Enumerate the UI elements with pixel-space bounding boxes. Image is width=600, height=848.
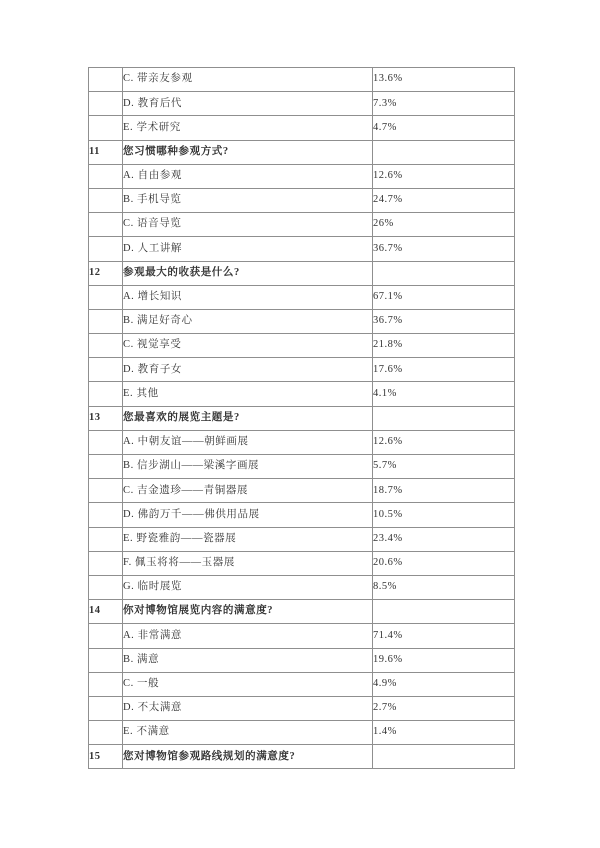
survey-row: E. 野瓷雅韵——瓷器展 23.4%: [89, 527, 515, 551]
option-label-cell: D. 教育后代: [123, 92, 373, 116]
option-label-cell: G. 临时展览: [123, 575, 373, 599]
percentage-cell: 5.7%: [373, 455, 515, 479]
percentage-cell: 4.1%: [373, 382, 515, 406]
question-number-cell: [89, 430, 123, 454]
option-label-cell: C. 带亲友参观: [123, 68, 373, 92]
percentage-cell: 67.1%: [373, 285, 515, 309]
percentage-cell: 1.4%: [373, 721, 515, 745]
document-page: C. 带亲友参观 13.6% D. 教育后代 7.3% E. 学术研究 4.7%…: [0, 0, 600, 848]
percentage-cell: [373, 745, 515, 769]
option-label-cell: A. 增长知识: [123, 285, 373, 309]
percentage-cell: 24.7%: [373, 188, 515, 212]
question-number-cell: [89, 648, 123, 672]
question-number-cell: 13: [89, 406, 123, 430]
option-label-cell: B. 满足好奇心: [123, 309, 373, 333]
option-label-cell: B. 满意: [123, 648, 373, 672]
option-label-cell: C. 吉金遗珍——青铜器展: [123, 479, 373, 503]
percentage-cell: [373, 140, 515, 164]
question-number-cell: [89, 92, 123, 116]
survey-row: 14 你对博物馆展览内容的满意度?: [89, 600, 515, 624]
percentage-cell: 12.6%: [373, 164, 515, 188]
survey-row: 12 参观最大的收获是什么?: [89, 261, 515, 285]
question-number-cell: [89, 455, 123, 479]
survey-row: C. 语音导览 26%: [89, 213, 515, 237]
question-number-cell: [89, 696, 123, 720]
survey-row: 15 您对博物馆参观路线规划的满意度?: [89, 745, 515, 769]
percentage-cell: 12.6%: [373, 430, 515, 454]
survey-row: C. 一般 4.9%: [89, 672, 515, 696]
percentage-cell: 7.3%: [373, 92, 515, 116]
question-number-cell: [89, 503, 123, 527]
option-label-cell: 参观最大的收获是什么?: [123, 261, 373, 285]
survey-row: D. 教育后代 7.3%: [89, 92, 515, 116]
question-number-cell: [89, 334, 123, 358]
survey-row: A. 增长知识 67.1%: [89, 285, 515, 309]
percentage-cell: 71.4%: [373, 624, 515, 648]
survey-row: E. 不满意 1.4%: [89, 721, 515, 745]
survey-row: A. 中朝友谊——朝鲜画展 12.6%: [89, 430, 515, 454]
survey-row: E. 学术研究 4.7%: [89, 116, 515, 140]
option-label-cell: A. 非常满意: [123, 624, 373, 648]
survey-row: D. 不太满意 2.7%: [89, 696, 515, 720]
option-label-cell: D. 不太满意: [123, 696, 373, 720]
survey-row: D. 教育子女 17.6%: [89, 358, 515, 382]
percentage-cell: 17.6%: [373, 358, 515, 382]
survey-row: F. 佩玉将将——玉器展 20.6%: [89, 551, 515, 575]
option-label-cell: A. 自由参观: [123, 164, 373, 188]
question-number-cell: [89, 237, 123, 261]
percentage-cell: 19.6%: [373, 648, 515, 672]
option-label-cell: B. 信步湖山——梁溪字画展: [123, 455, 373, 479]
percentage-cell: [373, 600, 515, 624]
question-number-cell: 15: [89, 745, 123, 769]
question-number-cell: [89, 479, 123, 503]
question-number-cell: [89, 309, 123, 333]
option-label-cell: C. 视觉享受: [123, 334, 373, 358]
option-label-cell: E. 学术研究: [123, 116, 373, 140]
survey-row: A. 自由参观 12.6%: [89, 164, 515, 188]
question-number-cell: [89, 382, 123, 406]
survey-row: C. 视觉享受 21.8%: [89, 334, 515, 358]
survey-row: E. 其他 4.1%: [89, 382, 515, 406]
option-label-cell: E. 不满意: [123, 721, 373, 745]
option-label-cell: F. 佩玉将将——玉器展: [123, 551, 373, 575]
question-number-cell: [89, 551, 123, 575]
survey-row: 13 您最喜欢的展览主题是?: [89, 406, 515, 430]
option-label-cell: A. 中朝友谊——朝鲜画展: [123, 430, 373, 454]
question-number-cell: [89, 68, 123, 92]
question-number-cell: [89, 624, 123, 648]
survey-row: B. 手机导览 24.7%: [89, 188, 515, 212]
question-number-cell: [89, 285, 123, 309]
question-number-cell: [89, 672, 123, 696]
question-number-cell: [89, 358, 123, 382]
option-label-cell: C. 一般: [123, 672, 373, 696]
option-label-cell: 你对博物馆展览内容的满意度?: [123, 600, 373, 624]
option-label-cell: E. 野瓷雅韵——瓷器展: [123, 527, 373, 551]
option-label-cell: E. 其他: [123, 382, 373, 406]
percentage-cell: 2.7%: [373, 696, 515, 720]
survey-results-table: C. 带亲友参观 13.6% D. 教育后代 7.3% E. 学术研究 4.7%…: [88, 67, 515, 769]
percentage-cell: 18.7%: [373, 479, 515, 503]
percentage-cell: 20.6%: [373, 551, 515, 575]
percentage-cell: [373, 261, 515, 285]
survey-table-body: C. 带亲友参观 13.6% D. 教育后代 7.3% E. 学术研究 4.7%…: [89, 68, 515, 769]
option-label-cell: B. 手机导览: [123, 188, 373, 212]
question-number-cell: [89, 164, 123, 188]
percentage-cell: [373, 406, 515, 430]
percentage-cell: 10.5%: [373, 503, 515, 527]
percentage-cell: 8.5%: [373, 575, 515, 599]
question-number-cell: 12: [89, 261, 123, 285]
survey-row: D. 人工讲解 36.7%: [89, 237, 515, 261]
question-number-cell: [89, 721, 123, 745]
option-label-cell: 您最喜欢的展览主题是?: [123, 406, 373, 430]
percentage-cell: 13.6%: [373, 68, 515, 92]
option-label-cell: D. 教育子女: [123, 358, 373, 382]
option-label-cell: D. 佛韵万千——佛供用品展: [123, 503, 373, 527]
percentage-cell: 23.4%: [373, 527, 515, 551]
survey-row: B. 满足好奇心 36.7%: [89, 309, 515, 333]
survey-row: B. 信步湖山——梁溪字画展 5.7%: [89, 455, 515, 479]
option-label-cell: 您习惯哪种参观方式?: [123, 140, 373, 164]
question-number-cell: 11: [89, 140, 123, 164]
question-number-cell: [89, 116, 123, 140]
question-number-cell: [89, 527, 123, 551]
survey-row: 11 您习惯哪种参观方式?: [89, 140, 515, 164]
percentage-cell: 26%: [373, 213, 515, 237]
survey-row: A. 非常满意 71.4%: [89, 624, 515, 648]
percentage-cell: 21.8%: [373, 334, 515, 358]
question-number-cell: [89, 213, 123, 237]
percentage-cell: 4.9%: [373, 672, 515, 696]
question-number-cell: 14: [89, 600, 123, 624]
question-number-cell: [89, 575, 123, 599]
survey-row: B. 满意 19.6%: [89, 648, 515, 672]
survey-row: G. 临时展览 8.5%: [89, 575, 515, 599]
option-label-cell: 您对博物馆参观路线规划的满意度?: [123, 745, 373, 769]
percentage-cell: 36.7%: [373, 237, 515, 261]
option-label-cell: D. 人工讲解: [123, 237, 373, 261]
percentage-cell: 4.7%: [373, 116, 515, 140]
survey-row: D. 佛韵万千——佛供用品展 10.5%: [89, 503, 515, 527]
survey-row: C. 带亲友参观 13.6%: [89, 68, 515, 92]
question-number-cell: [89, 188, 123, 212]
survey-row: C. 吉金遗珍——青铜器展 18.7%: [89, 479, 515, 503]
percentage-cell: 36.7%: [373, 309, 515, 333]
option-label-cell: C. 语音导览: [123, 213, 373, 237]
